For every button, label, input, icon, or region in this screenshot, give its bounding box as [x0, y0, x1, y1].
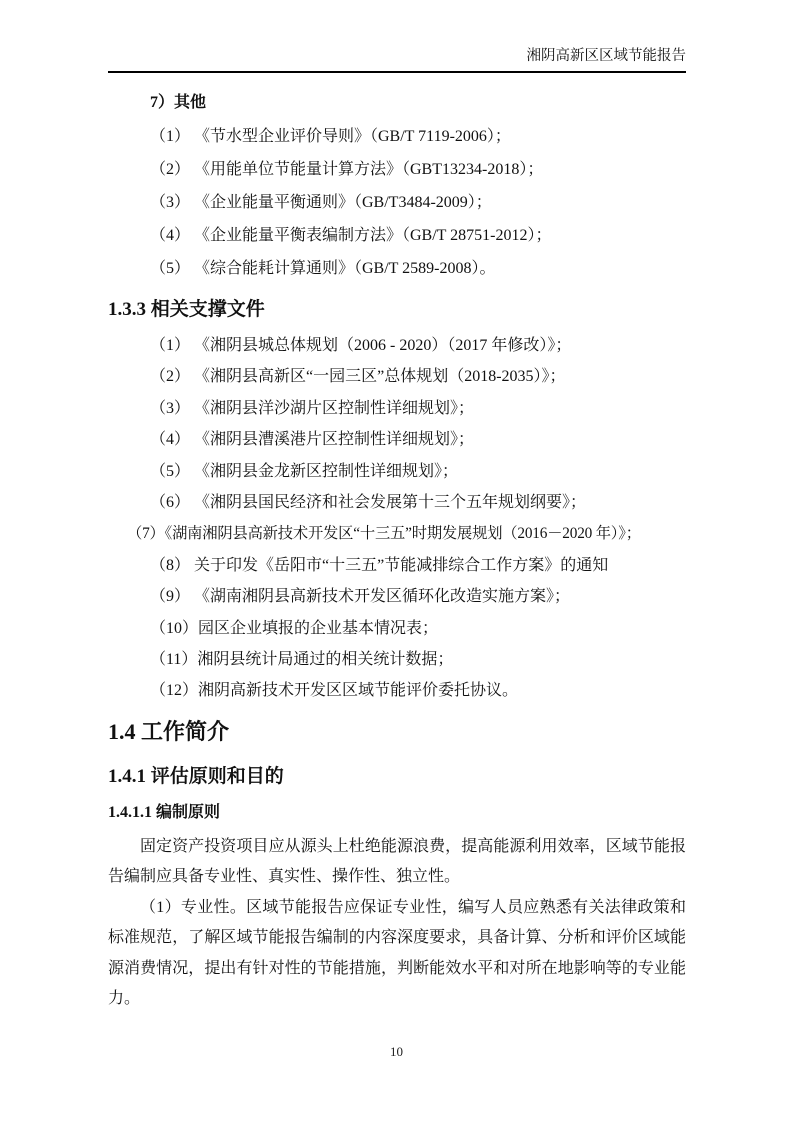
list-item: （3） 《湘阴县洋沙湖片区控制性详细规划》；	[108, 393, 686, 424]
list-item: （11）湘阴县统计局通过的相关统计数据；	[108, 644, 686, 675]
list-item: （2） 《用能单位节能量计算方法》（GBT13234-2018）；	[108, 153, 686, 186]
standards-list: （1） 《节水型企业评价导则》（GB/T 7119-2006）； （2） 《用能…	[108, 120, 686, 285]
support-documents-list: （1） 《湘阴县城总体规划（2006 - 2020）（2017 年修改）》； （…	[108, 330, 686, 707]
section-heading-other: 7）其他	[150, 92, 686, 114]
section-heading-1-4: 1.4 工作简介	[108, 717, 686, 747]
report-title: 湘阴高新区区域节能报告	[527, 48, 687, 64]
section-heading-1-4-1-1: 1.4.1.1 编制原则	[108, 802, 686, 824]
section-heading-1-3-3: 1.3.3 相关支撑文件	[108, 297, 686, 323]
page-header: 湘阴高新区区域节能报告	[108, 0, 686, 73]
section-heading-1-4-1: 1.4.1 评估原则和目的	[108, 764, 686, 790]
list-item: （5） 《湘阴县金龙新区控制性详细规划》；	[108, 456, 686, 487]
list-item: （12）湘阴高新技术开发区区域节能评价委托协议。	[108, 675, 686, 706]
page-number: 10	[0, 1044, 793, 1060]
body-paragraph: 固定资产投资项目应从源头上杜绝能源浪费，提高能源利用效率，区域节能报告编制应具备…	[108, 832, 686, 893]
page-content: 湘阴高新区区域节能报告 7）其他 （1） 《节水型企业评价导则》（GB/T 71…	[108, 0, 686, 1015]
document-page: 湘阴高新区区域节能报告 7）其他 （1） 《节水型企业评价导则》（GB/T 71…	[0, 0, 793, 1122]
list-item: （5） 《综合能耗计算通则》（GB/T 2589-2008）。	[108, 252, 686, 285]
list-item: （3） 《企业能量平衡通则》（GB/T3484-2009）；	[108, 186, 686, 219]
list-item: （6） 《湘阴县国民经济和社会发展第十三个五年规划纲要》；	[108, 487, 686, 518]
list-item: （1） 《湘阴县城总体规划（2006 - 2020）（2017 年修改）》；	[108, 330, 686, 361]
list-item: （1） 《节水型企业评价导则》（GB/T 7119-2006）；	[108, 120, 686, 153]
list-item: （2） 《湘阴县高新区“一园三区”总体规划（2018-2035）》；	[108, 361, 686, 392]
list-item: （9） 《湖南湘阴县高新技术开发区循环化改造实施方案》；	[108, 581, 686, 612]
body-paragraph: （1）专业性。区域节能报告应保证专业性，编写人员应熟悉有关法律政策和标准规范，了…	[108, 893, 686, 1015]
list-item: （4） 《湘阴县漕溪港片区控制性详细规划》；	[108, 424, 686, 455]
list-item: （4） 《企业能量平衡表编制方法》（GB/T 28751-2012）；	[108, 219, 686, 252]
list-item: （8） 关于印发《岳阳市“十三五”节能减排综合工作方案》的通知	[108, 550, 686, 581]
list-item: （7）《湖南湘阴县高新技术开发区“十三五”时期发展规划（2016－2020 年）…	[108, 518, 686, 549]
list-item: （10）园区企业填报的企业基本情况表；	[108, 613, 686, 644]
